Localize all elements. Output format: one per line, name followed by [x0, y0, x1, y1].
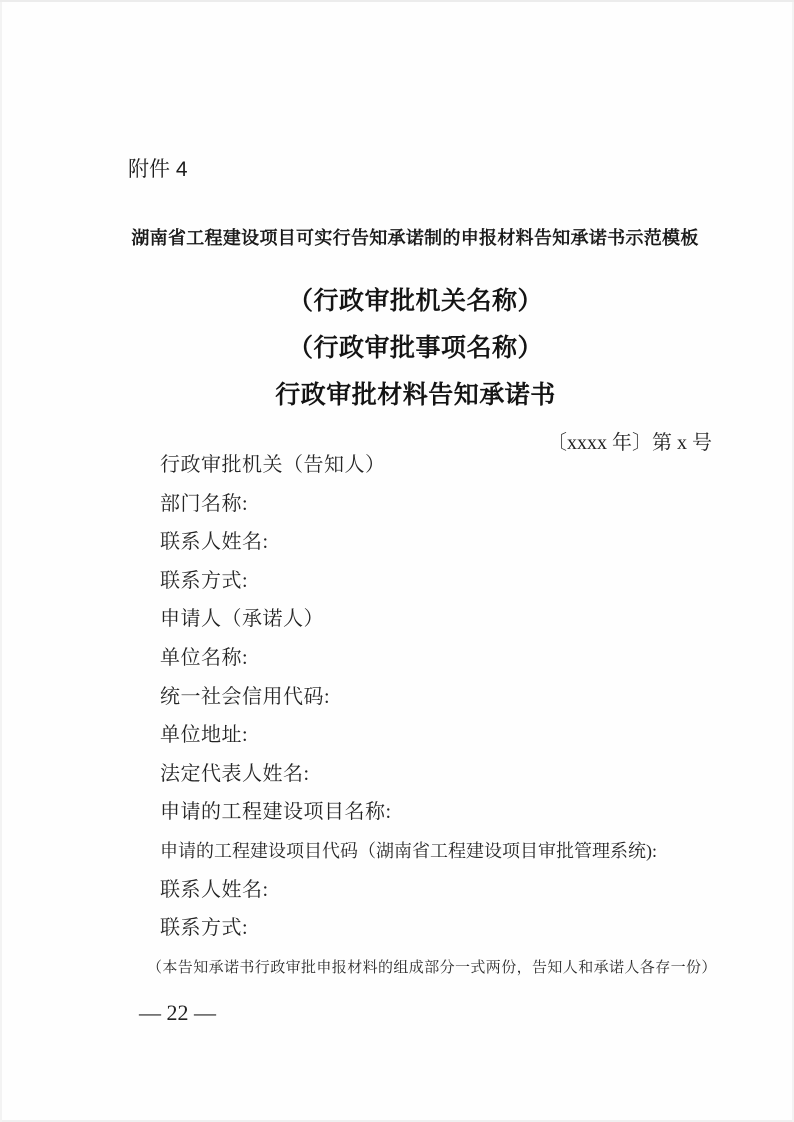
page-number: — 22 —	[139, 999, 216, 1027]
heading-approval-item-name: （行政审批事项名称）	[128, 325, 703, 372]
field-line-contact-name-2: 联系人姓名:	[160, 871, 720, 910]
field-line-contact-name: 联系人姓名:	[160, 523, 720, 562]
attachment-label: 附件 4	[128, 156, 188, 184]
field-line-department-name: 部门名称:	[160, 485, 720, 524]
document-title: 湖南省工程建设项目可实行告知承诺制的申报材料告知承诺书示范模板	[124, 224, 706, 252]
heading-commitment-letter-title: 行政审批材料告知承诺书	[128, 372, 703, 419]
form-field-list: 行政审批机关（告知人） 部门名称: 联系人姓名: 联系方式: 申请人（承诺人） …	[160, 446, 720, 948]
field-line-contact-method-2: 联系方式:	[160, 909, 720, 948]
heading-block: （行政审批机关名称） （行政审批事项名称） 行政审批材料告知承诺书	[128, 278, 703, 419]
footnote: （本告知承诺书行政审批申报材料的组成部分一式两份，告知人和承诺人各存一份）	[147, 958, 717, 979]
field-line-credit-code: 统一社会信用代码:	[160, 678, 720, 717]
document-page: 附件 4 湖南省工程建设项目可实行告知承诺制的申报材料告知承诺书示范模板 （行政…	[0, 0, 794, 1122]
heading-agency-name: （行政审批机关名称）	[128, 278, 703, 325]
field-line-applicant: 申请人（承诺人）	[160, 600, 720, 639]
field-line-unit-address: 单位地址:	[160, 716, 720, 755]
field-line-legal-representative: 法定代表人姓名:	[160, 755, 720, 794]
field-line-contact-method: 联系方式:	[160, 562, 720, 601]
field-line-project-name: 申请的工程建设项目名称:	[160, 793, 720, 832]
field-line-project-code: 申请的工程建设项目代码（湖南省工程建设项目审批管理系统):	[160, 832, 720, 871]
field-line-unit-name: 单位名称:	[160, 639, 720, 678]
field-line-approval-agency: 行政审批机关（告知人）	[160, 446, 720, 485]
